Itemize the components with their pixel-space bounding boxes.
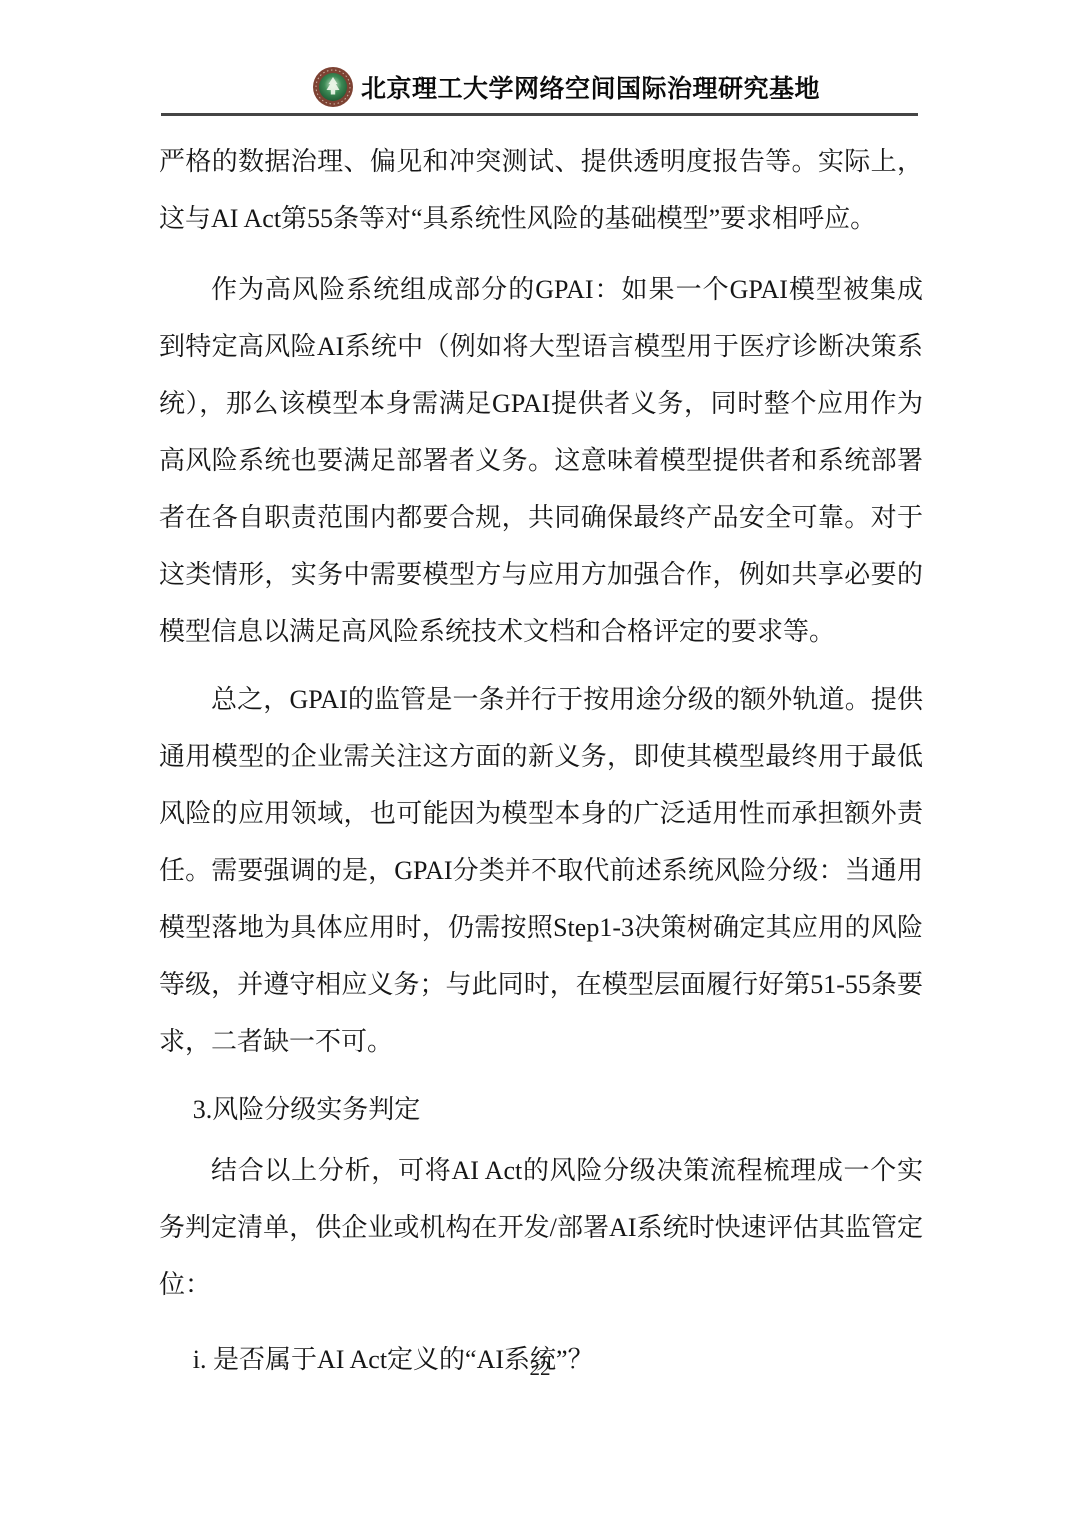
page-number: 22: [0, 1356, 1080, 1381]
paragraph-gpai-summary: 总之，GPAI的监管是一条并行于按用途分级的额外轨道。提供通用模型的企业需关注这…: [159, 671, 923, 1070]
header-group: 北京理工大学网络空间国际治理研究基地: [312, 66, 820, 108]
document-page: 北京理工大学网络空间国际治理研究基地 严格的数据治理、偏见和冲突测试、提供透明度…: [0, 0, 1080, 1527]
page-header: 北京理工大学网络空间国际治理研究基地: [0, 66, 1080, 108]
section-heading: 3.风险分级实务判定: [159, 1081, 923, 1138]
bit-emblem-icon: [312, 66, 354, 108]
paragraph-continuation: 严格的数据治理、偏见和冲突测试、提供透明度报告等。实际上，这与AI Act第55…: [159, 133, 923, 247]
paragraph-gpai-highrisk: 作为高风险系统组成部分的GPAI：如果一个GPAI模型被集成到特定高风险AI系统…: [159, 261, 923, 660]
header-divider: [161, 113, 918, 116]
org-name: 北京理工大学网络空间国际治理研究基地: [361, 69, 820, 105]
paragraph-checklist-intro: 结合以上分析，可将AI Act的风险分级决策流程梳理成一个实务判定清单，供企业或…: [159, 1142, 923, 1313]
document-body: 严格的数据治理、偏见和冲突测试、提供透明度报告等。实际上，这与AI Act第55…: [159, 133, 923, 1388]
